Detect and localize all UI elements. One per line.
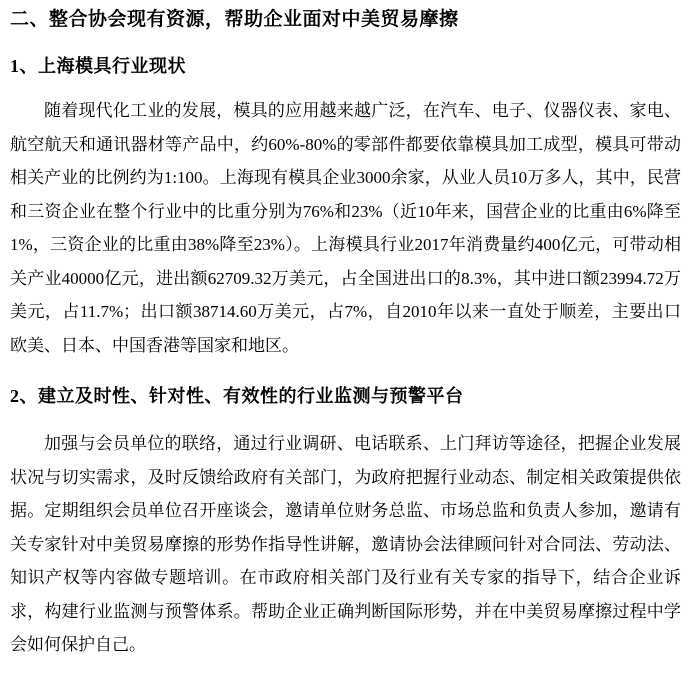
section-1-heading: 1、上海模具行业现状 <box>10 55 681 77</box>
document-title: 二、整合协会现有资源，帮助企业面对中美贸易摩擦 <box>10 8 681 31</box>
section-2-heading: 2、建立及时性、针对性、有效性的行业监测与预警平台 <box>10 385 681 407</box>
section-2-paragraph: 加强与会员单位的联络，通过行业调研、电话联系、上门拜访等途径，把握企业发展状况与… <box>10 427 681 662</box>
section-1-paragraph: 随着现代化工业的发展，模具的应用越来越广泛，在汽车、电子、仪器仪表、家电、航空航… <box>10 94 681 362</box>
document-page: 二、整合协会现有资源，帮助企业面对中美贸易摩擦 1、上海模具行业现状 随着现代化… <box>0 0 691 662</box>
